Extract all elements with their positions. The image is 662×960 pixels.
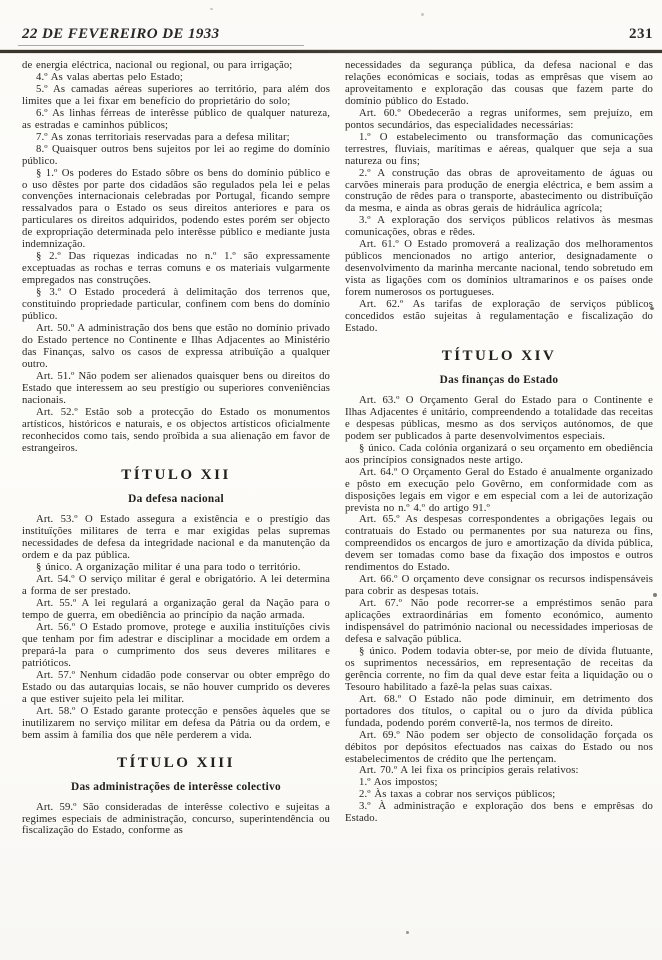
body-paragraph: necessidades da segurança pública, da de… bbox=[345, 60, 653, 108]
body-paragraph: § único. Cada colónia organizará o seu o… bbox=[345, 443, 653, 467]
ink-speck bbox=[653, 593, 657, 597]
content-columns: de energia eléctrica, nacional ou region… bbox=[22, 60, 653, 960]
header-date: 22 DE FEVEREIRO DE 1933 bbox=[22, 26, 220, 43]
body-paragraph: 1.º O estabelecimento ou transformação d… bbox=[345, 132, 653, 168]
right-column: necessidades da segurança pública, da de… bbox=[345, 60, 653, 960]
body-paragraph: Art. 52.º Estão sob a protecção do Estad… bbox=[22, 407, 330, 455]
body-paragraph: Art. 58.º O Estado garante protecção e p… bbox=[22, 706, 330, 742]
body-paragraph: Art. 64.º O Orçamento Geral do Estado é … bbox=[345, 467, 653, 515]
body-paragraph: § 3.º O Estado procederá à delimitação d… bbox=[22, 287, 330, 323]
ink-speck bbox=[421, 13, 424, 16]
titulo-heading: TÍTULO XIII bbox=[22, 755, 330, 772]
ink-speck bbox=[406, 931, 409, 934]
body-paragraph: Art. 68.º O Estado não pode diminuir, em… bbox=[345, 694, 653, 730]
header-page-number: 231 bbox=[629, 26, 653, 43]
body-paragraph: Art. 53.º O Estado assegura a existência… bbox=[22, 514, 330, 562]
page-header: 22 DE FEVEREIRO DE 1933 231 bbox=[22, 26, 653, 47]
titulo-heading: TÍTULO XIV bbox=[345, 348, 653, 365]
body-paragraph: Art. 50.º A administração dos bens que e… bbox=[22, 323, 330, 371]
body-paragraph: § 1.º Os poderes do Estado sôbre os bens… bbox=[22, 168, 330, 252]
body-paragraph: Art. 55.º A lei regulará a organização g… bbox=[22, 598, 330, 622]
body-paragraph: Art. 56.º O Estado promove, protege e au… bbox=[22, 622, 330, 670]
body-paragraph: Art. 63.º O Orçamento Geral do Estado pa… bbox=[345, 395, 653, 443]
body-paragraph: Art. 67.º Não pode recorrer-se a emprést… bbox=[345, 598, 653, 646]
document-page: 22 DE FEVEREIRO DE 1933 231 de energia e… bbox=[0, 0, 662, 960]
ink-speck bbox=[650, 307, 654, 310]
body-paragraph: Art. 66.º O orçamento deve consignar os … bbox=[345, 574, 653, 598]
header-rule bbox=[0, 49, 662, 53]
date-underline bbox=[18, 45, 304, 46]
titulo-heading: TÍTULO XII bbox=[22, 467, 330, 484]
ink-speck bbox=[210, 8, 213, 10]
body-paragraph: 3.º A exploração dos serviços públicos r… bbox=[345, 215, 653, 239]
section-subheading: Das finanças do Estado bbox=[345, 374, 653, 386]
body-paragraph: Art. 54.º O serviço militar é geral e ob… bbox=[22, 574, 330, 598]
body-paragraph: 6.º As linhas férreas de interêsse públi… bbox=[22, 108, 330, 132]
body-paragraph: Art. 62.º As tarifas de exploração de se… bbox=[345, 299, 653, 335]
body-paragraph: 7.º As zonas territoriais reservadas par… bbox=[22, 132, 330, 144]
left-column: de energia eléctrica, nacional ou region… bbox=[22, 60, 330, 960]
body-paragraph: 3.º À administração e exploração dos ben… bbox=[345, 801, 653, 825]
body-paragraph: § 2.º Das riquezas indicadas no n.º 1.º … bbox=[22, 251, 330, 287]
body-paragraph: Art. 51.º Não podem ser alienados quaisq… bbox=[22, 371, 330, 407]
body-paragraph: 8.º Quaisquer outros bens sujeitos por l… bbox=[22, 144, 330, 168]
section-subheading: Das administrações de interêsse colectiv… bbox=[22, 781, 330, 793]
body-paragraph: Art. 57.º Nenhum cidadão pode conservar … bbox=[22, 670, 330, 706]
body-paragraph: Art. 60.º Obedecerão a regras uniformes,… bbox=[345, 108, 653, 132]
body-paragraph: Art. 61.º O Estado promoverá a realizaçã… bbox=[345, 239, 653, 299]
body-paragraph: § único. Podem todavia obter-se, por mei… bbox=[345, 646, 653, 694]
body-paragraph: Art. 65.º As despesas correspondentes a … bbox=[345, 514, 653, 574]
body-paragraph: Art. 59.º São consideradas de interêsse … bbox=[22, 802, 330, 838]
section-subheading: Da defesa nacional bbox=[22, 493, 330, 505]
body-paragraph: 2.º A construção das obras de aproveitam… bbox=[345, 168, 653, 216]
body-paragraph: Art. 69.º Não podem ser objecto de conso… bbox=[345, 730, 653, 766]
body-paragraph: 5.º As camadas aéreas superiores ao terr… bbox=[22, 84, 330, 108]
